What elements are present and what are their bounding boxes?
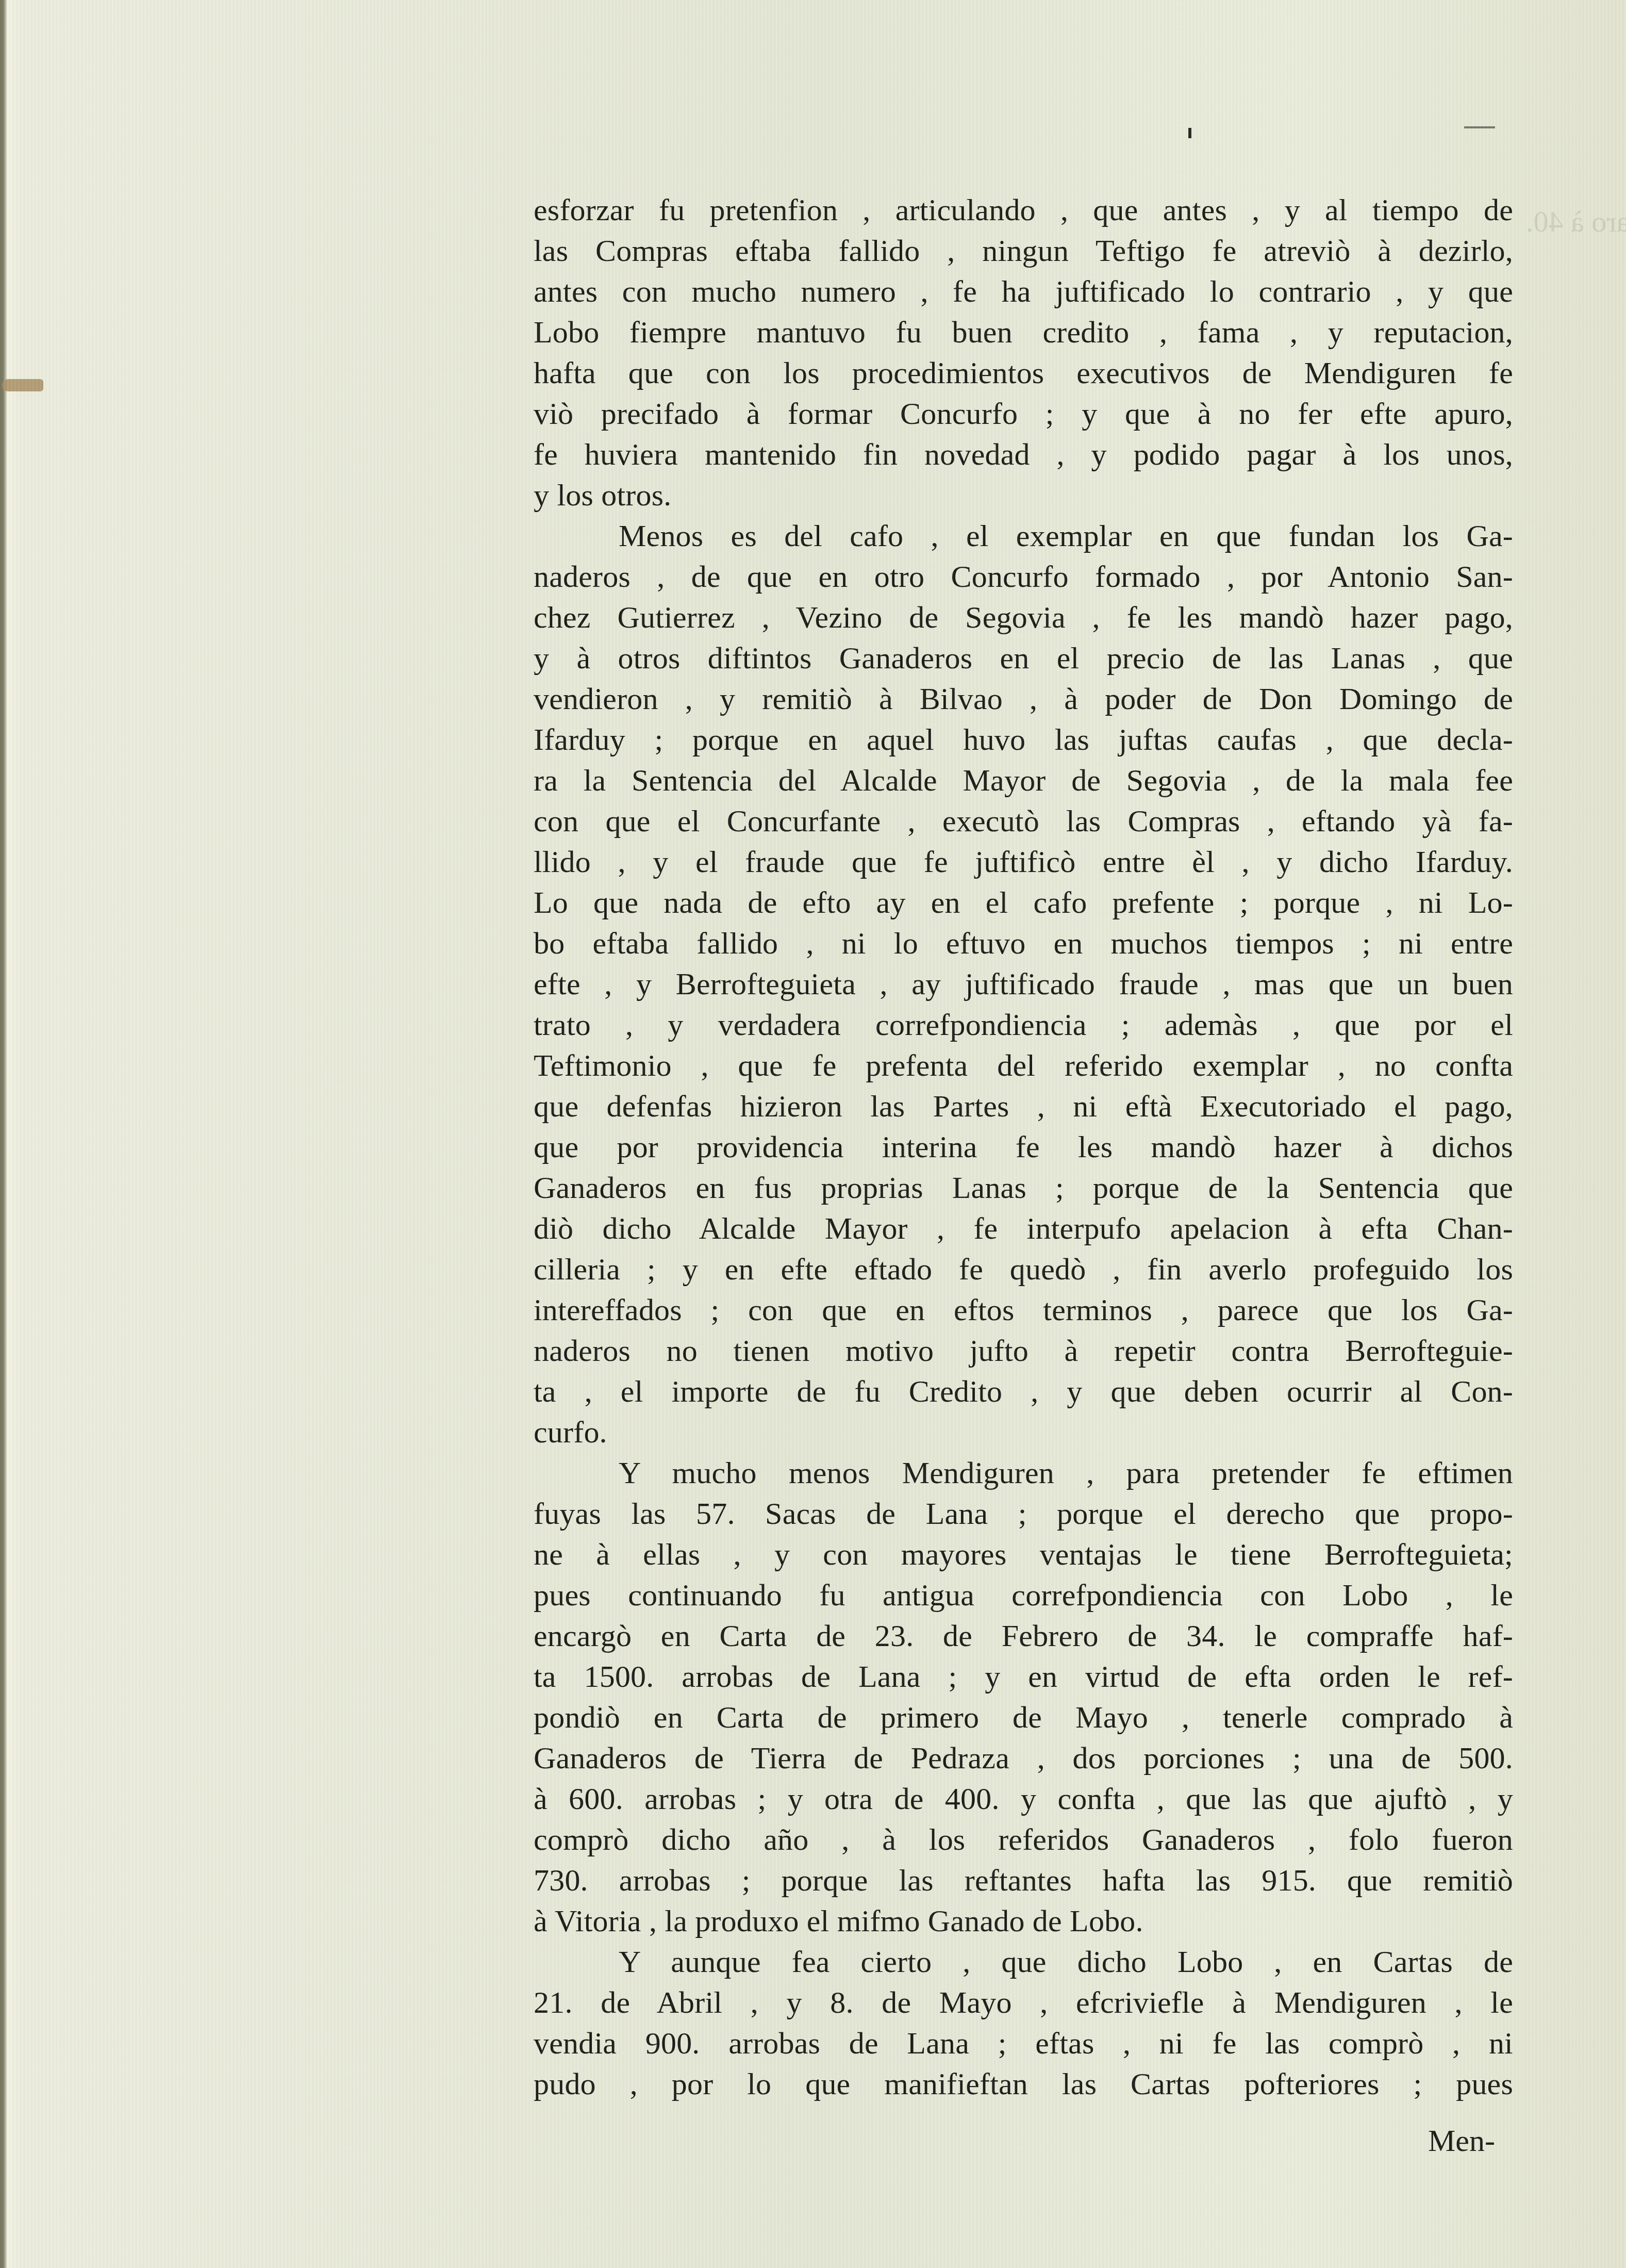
text-line: fe huviera mantenido fin novedad , y pod… xyxy=(534,434,1513,475)
text-line: pondiò en Carta de primero de Mayo , ten… xyxy=(534,1697,1513,1738)
text-line: cilleria ; y en efte eftado fe quedò , f… xyxy=(534,1249,1513,1290)
text-line: intereffados ; con que en eftos terminos… xyxy=(534,1290,1513,1330)
text-line: fuyas las 57. Sacas de Lana ; porque el … xyxy=(534,1493,1513,1534)
text-line: à Vitoria , la produxo el mifmo Ganado d… xyxy=(534,1901,1513,1942)
text-line: pues continuando fu antigua correfpondie… xyxy=(534,1575,1513,1616)
catchword: Men- xyxy=(1428,2121,1495,2161)
text-line: vendia 900. arrobas de Lana ; eftas , ni… xyxy=(534,2023,1513,2064)
text-line: diò dicho Alcalde Mayor , fe interpufo a… xyxy=(534,1208,1513,1249)
document-body: esforzar fu pretenfion , articulando , q… xyxy=(534,190,1513,2105)
bleed-through-text: lo mas caro à 40. xyxy=(1526,201,1626,242)
text-line: vendieron , y remitiò à Bilvao , à poder… xyxy=(534,679,1513,719)
text-line: Ganaderos de Tierra de Pedraza , dos por… xyxy=(534,1738,1513,1779)
text-line: Menos es del cafo , el exemplar en que f… xyxy=(534,516,1513,556)
text-line: las Compras eftaba fallido , ningun Teft… xyxy=(534,231,1513,271)
text-line: y los otros. xyxy=(534,475,1513,516)
paragraph-1: esforzar fu pretenfion , articulando , q… xyxy=(534,190,1513,516)
binding-thread xyxy=(2,379,43,391)
text-line: que por providencia interina fe les mand… xyxy=(534,1127,1513,1168)
printer-mark xyxy=(1188,128,1191,138)
text-line: Ganaderos en fus proprias Lanas ; porque… xyxy=(534,1168,1513,1208)
text-line: Ifarduy ; porque en aquel huvo las jufta… xyxy=(534,719,1513,760)
paragraph-2: Menos es del cafo , el exemplar en que f… xyxy=(534,516,1513,1453)
text-line: ta 1500. arrobas de Lana ; y en virtud d… xyxy=(534,1656,1513,1697)
text-line: ra la Sentencia del Alcalde Mayor de Seg… xyxy=(534,760,1513,801)
text-line: naderos no tienen motivo jufto à repetir… xyxy=(534,1330,1513,1371)
text-line: con que el Concurfante , executò las Com… xyxy=(534,801,1513,842)
scanned-page: lo mas caro à 40. esforzar fu pretenfion… xyxy=(0,0,1626,2268)
text-line: viò precifado à formar Concurfo ; y que … xyxy=(534,393,1513,434)
text-line: Lobo fiempre mantuvo fu buen credito , f… xyxy=(534,312,1513,353)
text-line: trato , y verdadera correfpondiencia ; a… xyxy=(534,1005,1513,1045)
text-line: antes con mucho numero , fe ha juftifica… xyxy=(534,271,1513,312)
text-line: chez Gutierrez , Vezino de Segovia , fe … xyxy=(534,597,1513,638)
text-line: comprò dicho año , à los referidos Ganad… xyxy=(534,1819,1513,1860)
text-line: curfo. xyxy=(534,1412,1513,1453)
text-line: ta , el importe de fu Credito , y que de… xyxy=(534,1371,1513,1412)
paragraph-3: Y mucho menos Mendiguren , para pretende… xyxy=(534,1453,1513,1942)
text-line: y à otros diftintos Ganaderos en el prec… xyxy=(534,638,1513,679)
text-line: que defenfas hizieron las Partes , ni ef… xyxy=(534,1086,1513,1127)
text-line: Teftimonio , que fe prefenta del referid… xyxy=(534,1045,1513,1086)
text-line: esforzar fu pretenfion , articulando , q… xyxy=(534,190,1513,231)
text-line: 21. de Abril , y 8. de Mayo , efcriviefl… xyxy=(534,1982,1513,2023)
text-line: Y aunque fea cierto , que dicho Lobo , e… xyxy=(534,1942,1513,1982)
text-line: ne à ellas , y con mayores ventajas le t… xyxy=(534,1534,1513,1575)
text-line: llido , y el fraude que fe juftificò ent… xyxy=(534,842,1513,882)
printer-mark xyxy=(1464,126,1495,128)
text-line: pudo , por lo que manifieftan las Cartas… xyxy=(534,2064,1513,2105)
text-line: efte , y Berrofteguieta , ay juftificado… xyxy=(534,964,1513,1005)
text-line: Y mucho menos Mendiguren , para pretende… xyxy=(534,1453,1513,1493)
text-line: naderos , de que en otro Concurfo formad… xyxy=(534,556,1513,597)
text-line: à 600. arrobas ; y otra de 400. y confta… xyxy=(534,1779,1513,1819)
text-line: hafta que con los procedimientos executi… xyxy=(534,353,1513,393)
text-line: encargò en Carta de 23. de Febrero de 34… xyxy=(534,1616,1513,1656)
text-line: bo eftaba fallido , ni lo eftuvo en much… xyxy=(534,923,1513,964)
paragraph-4: Y aunque fea cierto , que dicho Lobo , e… xyxy=(534,1942,1513,2105)
text-line: 730. arrobas ; porque las reftantes haft… xyxy=(534,1860,1513,1901)
text-line: Lo que nada de efto ay en el cafo prefen… xyxy=(534,882,1513,923)
